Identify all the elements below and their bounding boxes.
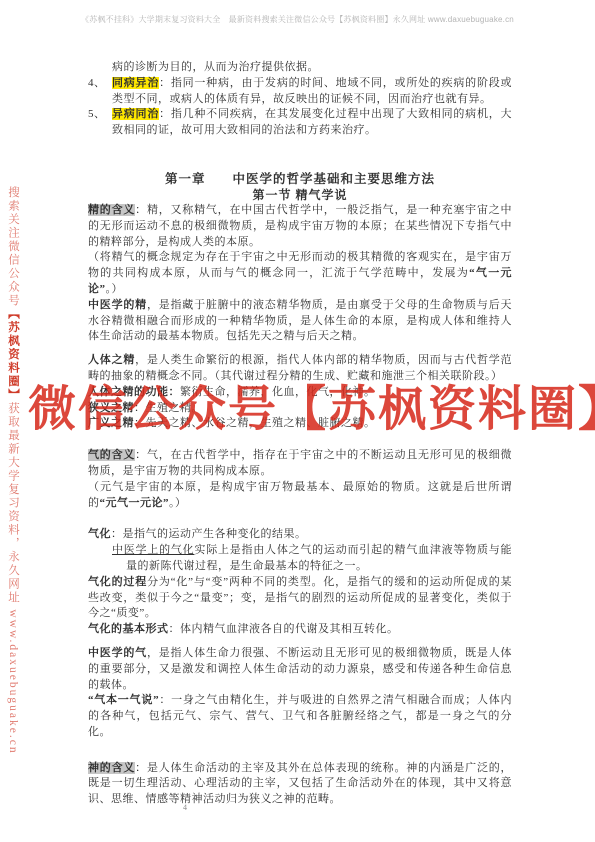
key-term: 神的含义 (88, 762, 135, 774)
list-item: 5、异病同治：指几种不同疾病，在其发展变化过程中出现了大致相同的病机，大致相同的… (88, 107, 512, 139)
key-term: 气化的过程 (88, 576, 147, 588)
paragraph: （将精气的概念规定为存在于宇宙之中无形而动的极其精微的客观实在，是宇宙万物的共同… (88, 250, 512, 297)
text-segment: ：指几种不同疾病，在其发展变化过程中出现了大致相同的病机，大致相同的证，故可用大… (112, 108, 512, 136)
section-title: 第一节 精气学说 (88, 187, 512, 203)
key-term: “元气一元论” (100, 497, 170, 509)
key-term: 中医学的气 (88, 647, 147, 659)
list-number: 5、 (88, 107, 112, 139)
page-number: 4 (183, 803, 187, 812)
spacer (88, 741, 512, 761)
key-term: 狭义之精 (88, 402, 134, 414)
text-segment: ：生殖之精。 (134, 402, 203, 414)
paragraph: 神的含义：是人体生命活动的主宰及其外在总体表现的统称。神的内涵是广泛的，既是一切… (88, 761, 512, 808)
spacer (88, 511, 512, 527)
side-watermark: 搜索关注微信公众号【苏枫资料圈】获取最新大学复习资料，永久网址 www.daxu… (5, 186, 21, 672)
paragraph: （元气是宇宙的本原，是构成宇宙万物最基本、最原始的物质。这就是后世所谓的“元气一… (88, 480, 512, 512)
spacer (88, 139, 512, 171)
document-body: 病的诊断为目的，从而为治疗提供依据。4、同病异治：指同一种病，由于发病的时间、地… (88, 60, 512, 808)
paragraph: 气化的基本形式：体内精气血津液各自的代谢及其相互转化。 (88, 622, 512, 638)
key-term: 异病同治 (112, 108, 159, 120)
key-term: 气的含义 (88, 449, 135, 461)
text-segment: 分为“化”与“变”两种不同的类型。化，是指气的缓和的运动所促成的某些改变，类似于… (88, 576, 512, 620)
paragraph: 精的含义：精，又称精气，在中国古代哲学中，一般泛指气，是一种充塞宇宙之中的无形而… (88, 203, 512, 250)
side-watermark-prefix: 搜索关注微信公众号 (7, 186, 19, 308)
text-segment: ，是指藏于脏腑中的液态精华物质，是由禀受于父母的生命物质与后天水谷精微相融合而形… (88, 299, 512, 343)
list-item: 4、同病异治：指同一种病，由于发病的时间、地域不同，或所处的疾病的阶段或类型不同… (88, 76, 512, 108)
paragraph: 广义之精：先天之精、水谷之精，生殖之精、脏腑之精。 (88, 416, 512, 432)
text-segment: ，是人类生命繁衍的根源，指代人体内部的精华物质，因而与古代哲学范畴的抽象的精概念… (88, 354, 512, 382)
spacer (88, 638, 512, 646)
text-segment: ：先天之精、水谷之精，生殖之精、脏腑之精。 (134, 417, 376, 429)
text-segment: 病的诊断为目的，从而为治疗提供依据。 (112, 61, 319, 73)
key-term: 人体之精的功能： (88, 386, 180, 398)
paragraph: 狭义之精：生殖之精。 (88, 401, 512, 417)
text-segment: ：是指气的运动产生各种变化的结果。 (111, 528, 307, 540)
text-segment: ，是指人体生命力很强、不断运动且无形可见的极细微物质，既是人体的重要部分，又是激… (88, 647, 512, 691)
key-term: 中医学的精 (88, 299, 147, 311)
text-segment: ：是人体生命活动的主宰及其外在总体表现的统称。神的内涵是广泛的，既是一切生理活动… (88, 762, 512, 806)
side-watermark-suffix: 获取最新大学复习资料，永久网址 www.daxuebuguake.cn (7, 402, 19, 755)
key-term: “气本一气说” (88, 694, 159, 706)
chapter-title: 第一章 中医学的哲学基础和主要思维方法 (88, 171, 512, 187)
text-segment: 。） (106, 283, 124, 295)
text-segment: 。） (169, 497, 187, 509)
paragraph: 中医学的气，是指人体生命力很强、不断运动且无形可见的极细微物质，既是人体的重要部… (88, 646, 512, 693)
paragraph: 中医学上的气化实际上是指由人体之气的运动而引起的精气血津液等物质与能量的新陈代谢… (88, 543, 512, 575)
paragraph: 病的诊断为目的，从而为治疗提供依据。 (112, 60, 512, 76)
list-item-text: 同病异治：指同一种病，由于发病的时间、地域不同，或所处的疾病的阶段或类型不同，或… (112, 76, 512, 108)
document-page: 《苏枫不挂科》大学期末复习资料大全 最新资料搜索关注微信公众号【苏枫资料圈】永久… (0, 0, 595, 842)
text-segment: ：气，在古代哲学中，指存在于宇宙之中的不断运动且无形可见的极细微物质，是宇宙万物… (88, 449, 512, 477)
paragraph: “气本一气说”：一身之气由精化生，并与吸进的自然界之清气相融合而成；人体内的各种… (88, 693, 512, 740)
list-item-text: 异病同治：指几种不同疾病，在其发展变化过程中出现了大致相同的病机，大致相同的证，… (112, 107, 512, 139)
spacer (88, 345, 512, 353)
paragraph: 气的含义：气，在古代哲学中，指存在于宇宙之中的不断运动且无形可见的极细微物质，是… (88, 448, 512, 480)
paragraph: 气化：是指气的运动产生各种变化的结果。 (88, 527, 512, 543)
paragraph: 气化的过程分为“化”与“变”两种不同的类型。化，是指气的缓和的运动所促成的某些改… (88, 575, 512, 622)
paragraph: 中医学的精，是指藏于脏腑中的液态精华物质，是由禀受于父母的生命物质与后天水谷精微… (88, 298, 512, 345)
paragraph: 人体之精的功能：繁衍生命，濡养，化血，化气，化神。 (88, 385, 512, 401)
text-segment: 中医学上的气化 (112, 544, 194, 556)
text-segment: 繁衍生命，濡养，化血，化气，化神。 (180, 386, 376, 398)
key-term: 广义之精 (88, 417, 134, 429)
key-term: 气化 (88, 528, 111, 540)
paragraph: 人体之精，是人类生命繁衍的根源，指代人体内部的精华物质，因而与古代哲学范畴的抽象… (88, 353, 512, 385)
key-term: 精的含义 (88, 204, 135, 216)
key-term: 人体之精 (88, 354, 135, 366)
spacer (88, 432, 512, 448)
header-watermark: 《苏枫不挂科》大学期末复习资料大全 最新资料搜索关注微信公众号【苏枫资料圈】永久… (0, 14, 595, 25)
side-watermark-brand: 【苏枫资料圈】 (7, 308, 19, 403)
list-number: 4、 (88, 76, 112, 108)
text-segment: ：体内精气血津液各自的代谢及其相互转化。 (169, 623, 399, 635)
key-term: 同病异治 (112, 77, 159, 89)
key-term: 气化的基本形式 (88, 623, 169, 635)
text-segment: ：精，又称精气，在中国古代哲学中，一般泛指气，是一种充塞宇宙之中的无形而运动不息… (88, 204, 512, 248)
text-segment: ：指同一种病，由于发病的时间、地域不同，或所处的疾病的阶段或类型不同，或病人的体… (112, 77, 512, 105)
text-segment: （将精气的概念规定为存在于宇宙之中无形而动的极其精微的客观实在，是宇宙万物的共同… (88, 251, 512, 279)
